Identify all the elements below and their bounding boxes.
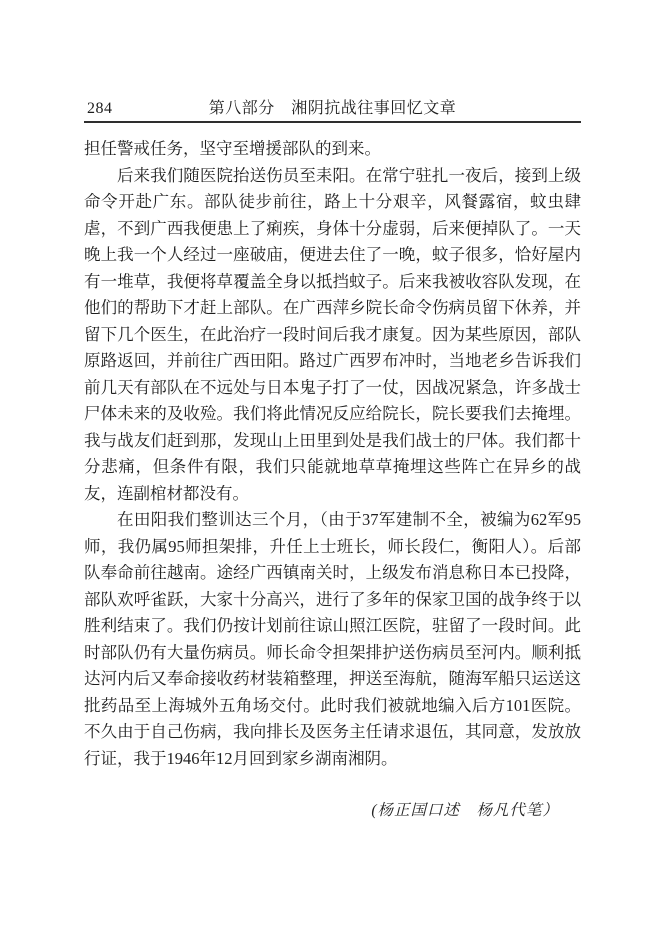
paragraph: 后来我们随医院抬送伤员至耒阳。在常宁驻扎一夜后，接到上级命令开赴广东。部队徒步前… xyxy=(84,163,581,508)
page-number: 284 xyxy=(87,100,113,118)
attribution-line: (杨正国口述 杨凡代笔） xyxy=(84,801,581,821)
body-text: 担任警戒任务，坚守至增援部队的到来。 后来我们随医院抬送伤员至耒阳。在常宁驻扎一… xyxy=(84,136,581,821)
page-header: 284 第八部分 湘阴抗战往事回忆文章 xyxy=(84,100,581,123)
book-page: 284 第八部分 湘阴抗战往事回忆文章 担任警戒任务，坚守至增援部队的到来。 后… xyxy=(0,0,665,929)
running-head-title: 第八部分 湘阴抗战往事回忆文章 xyxy=(84,100,581,118)
paragraph-continuation: 担任警戒任务，坚守至增援部队的到来。 xyxy=(84,136,581,163)
text-column: 284 第八部分 湘阴抗战往事回忆文章 担任警戒任务，坚守至增援部队的到来。 后… xyxy=(84,0,581,821)
paragraph: 在田阳我们整训达三个月，（由于37军建制不全，被编为62军95师，我仍属95师担… xyxy=(84,507,581,772)
